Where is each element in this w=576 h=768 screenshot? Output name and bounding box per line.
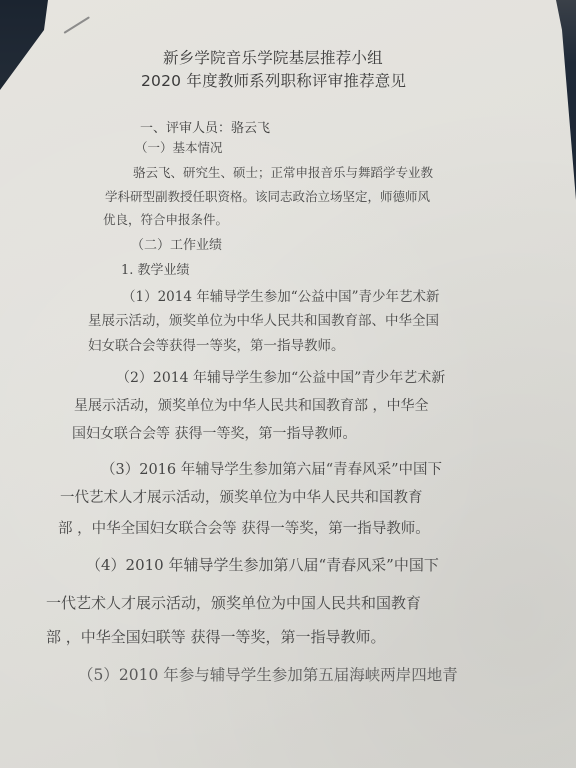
item-3-line-3: 部 ，中华全国妇女联合会等 获得一等奖，第一指导教师。 bbox=[58, 517, 430, 538]
subsection-heading-work-performance: （二）工作业绩 bbox=[131, 234, 222, 253]
item-2-line-2: 星展示活动，颁奖单位为中华人民共和国教育部 ，中华全 bbox=[74, 395, 428, 415]
item-2-line-1: （2）2014 年辅导学生参加“公益中国”青少年艺术新 bbox=[116, 367, 445, 387]
item-1-line-3: 妇女联合会等获得一等奖，第一指导教师。 bbox=[88, 334, 345, 354]
document-title-line-1: 新乡学院音乐学院基层推荐小组 bbox=[163, 46, 383, 68]
basic-info-line-2: 学科研型副教授任职资格。该同志政治立场坚定，师德师风 bbox=[105, 187, 430, 205]
document-body: 新乡学院音乐学院基层推荐小组 2020 年度教师系列职称评审推荐意见 一、评审人… bbox=[0, 0, 576, 768]
basic-info-line-3: 优良，符合申报条件。 bbox=[103, 210, 228, 228]
item-4-line-1: （4）2010 年辅导学生参加第八届“青春风采”中国下 bbox=[86, 554, 439, 575]
item-4-line-3: 部 ，中华全国妇联等 获得一等奖，第一指导教师。 bbox=[46, 626, 386, 647]
item-1-line-1: （1）2014 年辅导学生参加“公益中国”青少年艺术新 bbox=[122, 285, 440, 305]
item-1-line-2: 星展示活动，颁奖单位为中华人民共和国教育部、中华全国 bbox=[88, 309, 439, 329]
document-title-line-2: 2020 年度教师系列职称评审推荐意见 bbox=[141, 69, 406, 91]
item-3-line-2: 一代艺术人才展示活动，颁奖单位为中华人民共和国教育 bbox=[60, 486, 423, 507]
item-4-line-2: 一代艺术人才展示活动，颁奖单位为中国人民共和国教育 bbox=[46, 592, 421, 613]
section-heading-reviewer: 一、评审人员：骆云飞 bbox=[140, 117, 270, 136]
photo-scene: 新乡学院音乐学院基层推荐小组 2020 年度教师系列职称评审推荐意见 一、评审人… bbox=[0, 0, 576, 768]
item-5-line-1: （5）2010 年参与辅导学生参加第五届海峡两岸四地青 bbox=[78, 663, 458, 685]
subsection-heading-basic-info: （一）基本情况 bbox=[135, 138, 223, 156]
item-3-line-1: （3）2016 年辅导学生参加第六届“青春风采”中国下 bbox=[101, 458, 442, 479]
category-heading-teaching: 1. 教学业绩 bbox=[121, 259, 190, 278]
basic-info-line-1: 骆云飞、研究生、硕士；正常申报音乐与舞蹈学专业教 bbox=[133, 163, 433, 181]
item-2-line-3: 国妇女联合会等 获得一等奖，第一指导教师。 bbox=[72, 423, 356, 443]
